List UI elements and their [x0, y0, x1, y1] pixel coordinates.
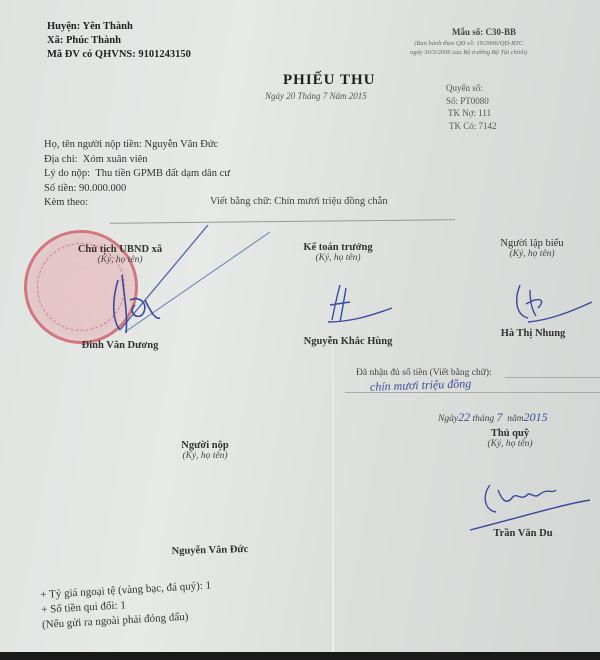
date-month-label: tháng	[472, 414, 494, 424]
payer-sign-hint: (Ký, họ tên)	[160, 451, 250, 461]
payer-signature-block: Người nộp (Ký, họ tên)	[160, 440, 250, 461]
chairman-signature-block: Chủ tịch UBND xã (Ký, họ tên)	[55, 244, 185, 265]
date-month: 7	[496, 410, 502, 424]
received-label: Đã nhận đủ số tiền (Viết bằng chữ):	[356, 368, 492, 378]
cashier-sign-hint: (Ký, họ tên)	[465, 439, 555, 449]
chairman-sign-hint: (Ký, họ tên)	[55, 255, 185, 265]
preparer-sign-hint: (Ký, họ tên)	[477, 249, 587, 259]
payer-title: Người nộp	[160, 440, 250, 451]
receipt-document: Huyện: Yên Thành Xã: Phúc Thành Mã ĐV có…	[0, 0, 600, 652]
date-prefix: Ngày	[438, 414, 458, 424]
chief-accountant-name: Nguyễn Khắc Hùng	[283, 336, 413, 347]
date-day: 22	[458, 410, 470, 424]
cashier-title: Thủ quỹ	[465, 428, 555, 439]
footnotes: + Tỷ giá ngoại tệ (vàng bạc, đá quý): 1 …	[40, 578, 213, 632]
receipt-date: Ngày22 tháng 7 năm2015	[438, 410, 548, 425]
preparer-signature-block: Người lập biểu (Ký, họ tên)	[477, 238, 587, 259]
date-year-label: năm	[507, 414, 523, 424]
bottom-border	[0, 652, 600, 660]
preparer-name: Hà Thị Nhung	[478, 328, 588, 339]
cashier-signature-block: Thủ quỹ (Ký, họ tên)	[465, 428, 555, 449]
date-year: 2015	[524, 410, 548, 424]
received-line-1	[505, 377, 600, 378]
chief-accountant-signature-block: Kế toán trưởng (Ký, họ tên)	[283, 242, 393, 263]
preparer-title: Người lập biểu	[477, 238, 587, 249]
chief-accountant-title: Kế toán trưởng	[283, 242, 393, 253]
cashier-name: Trần Văn Du	[468, 528, 578, 539]
chairman-title: Chủ tịch UBND xã	[55, 244, 185, 255]
chief-accountant-sign-hint: (Ký, họ tên)	[283, 253, 393, 263]
chairman-name: Đinh Văn Dương	[55, 340, 185, 351]
